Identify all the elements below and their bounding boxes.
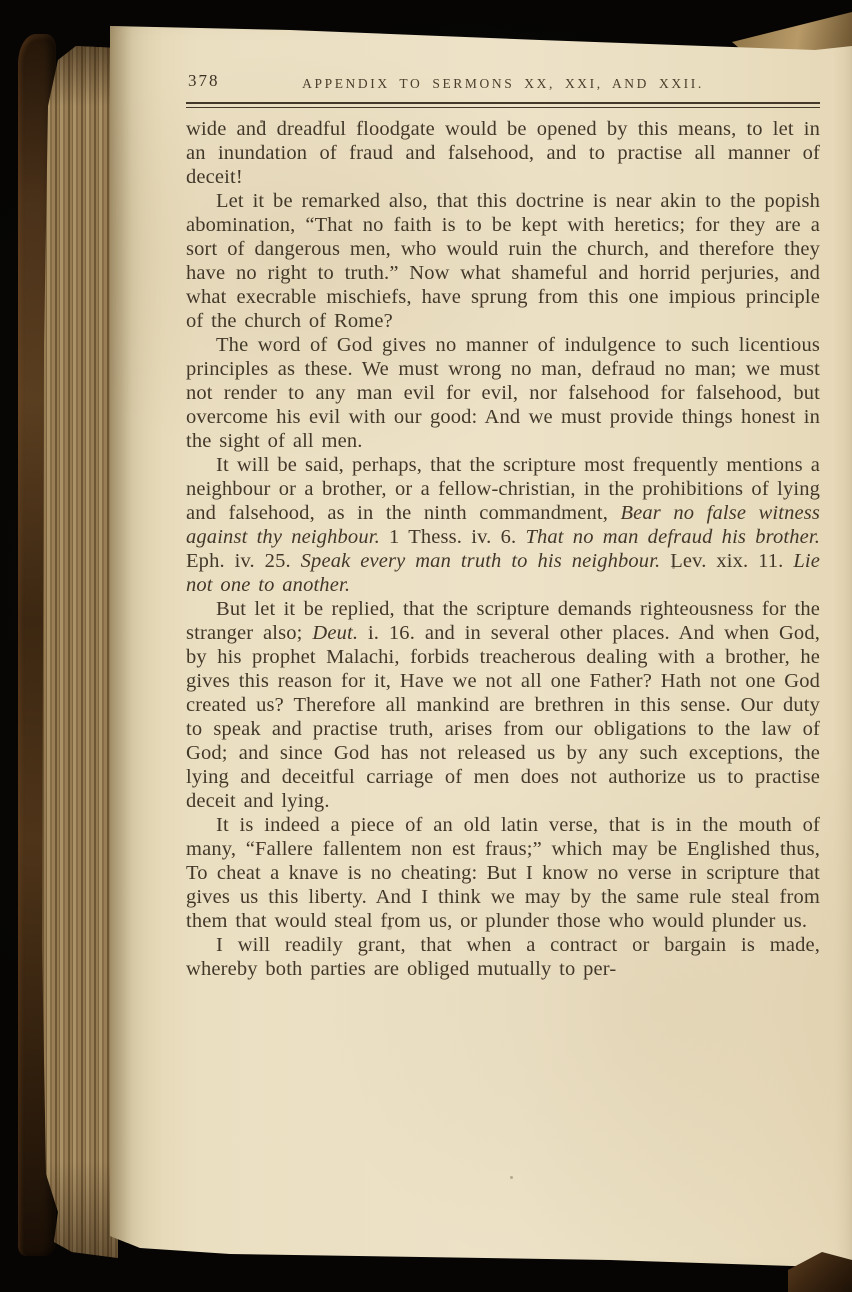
scripture-quote-italic: That no man defraud his brother. <box>525 526 820 548</box>
book-photograph: 378 APPENDIX TO SERMONS XX, XXI, AND XXI… <box>0 0 852 1292</box>
book-page: 378 APPENDIX TO SERMONS XX, XXI, AND XXI… <box>110 0 852 1292</box>
text-run: The word of God gives no manner of indul… <box>186 334 820 452</box>
paragraph-2: Let it be remarked also, that this doctr… <box>186 189 820 333</box>
scripture-reference: Eph. iv. 25. <box>186 550 301 572</box>
page-stack-fore-edge <box>42 46 118 1258</box>
text-run: It is indeed a piece of an old latin ver… <box>186 814 820 932</box>
header-double-rule <box>186 102 820 108</box>
running-title: APPENDIX TO SERMONS XX, XXI, AND XXII. <box>186 70 820 92</box>
page-header: 378 APPENDIX TO SERMONS XX, XXI, AND XXI… <box>186 70 820 97</box>
text-run: I will readily grant, that when a contra… <box>186 934 820 980</box>
scripture-quote-italic: Speak every man truth to his neighbour. <box>301 550 661 572</box>
scripture-reference: 1 Thess. iv. 6. <box>380 526 526 548</box>
paragraph-1: wide and dreadful floodgate would be ope… <box>186 117 820 189</box>
paragraph-4: It will be said, perhaps, that the scrip… <box>186 453 820 597</box>
text-run: i. 16. and in several other places. And … <box>186 622 820 812</box>
text-run: Let it be remarked also, that this doctr… <box>186 190 820 332</box>
page-content: 378 APPENDIX TO SERMONS XX, XXI, AND XXI… <box>186 70 820 981</box>
ink-specks <box>260 120 263 123</box>
paragraph-5: But let it be replied, that the scriptur… <box>186 597 820 813</box>
scripture-reference-italic: Deut. <box>312 622 358 644</box>
page-body: wide and dreadful floodgate would be ope… <box>186 117 820 981</box>
paragraph-6: It is indeed a piece of an old latin ver… <box>186 813 820 933</box>
scripture-reference: Lev. xix. 11. <box>660 550 793 572</box>
text-run: wide and dreadful floodgate would be ope… <box>186 118 820 188</box>
page-number: 378 <box>188 71 220 91</box>
paragraph-7: I will readily grant, that when a contra… <box>186 933 820 981</box>
paragraph-3: The word of God gives no manner of indul… <box>186 333 820 453</box>
